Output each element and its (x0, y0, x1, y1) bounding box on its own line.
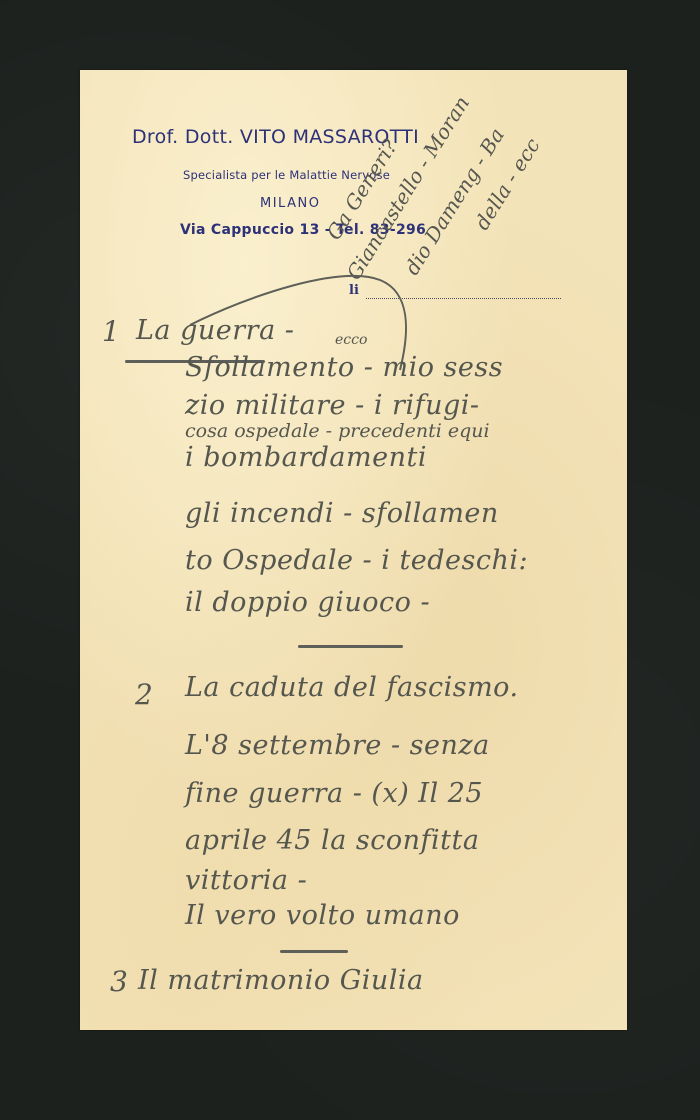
section-number: 2 (135, 678, 153, 711)
section-divider (280, 950, 348, 953)
section-line: zio militare - i rifugi- (185, 390, 480, 421)
pen-loop-stroke (80, 70, 627, 400)
section-line: Il vero volto umano (185, 900, 460, 931)
section-divider (298, 645, 403, 648)
section-line: to Ospedale - i tedeschi: (185, 545, 528, 576)
section-title: Il matrimonio Giulia (138, 965, 424, 996)
section-line: Sfollamento - mio sess (185, 352, 503, 383)
section-line: gli incendi - sfollamen (185, 498, 499, 529)
section-line: L'8 settembre - senza (185, 730, 490, 761)
section-line: aprile 45 la sconfitta (185, 825, 479, 856)
section-title: La caduta del fascismo. (185, 672, 519, 703)
section-line: il doppio giuoco - (185, 587, 430, 618)
interlinear-note: ecco (335, 332, 367, 348)
section-line: fine guerra - (x) Il 25 (185, 778, 483, 809)
section-number: 3 (110, 965, 128, 998)
section-title: La guerra - (136, 315, 294, 346)
section-number: 1 (102, 315, 120, 348)
section-line: vittoria - (185, 865, 307, 896)
interlinear-note: cosa ospedale - precedenti equi (185, 420, 490, 442)
section-line: i bombardamenti (185, 442, 427, 473)
letter-paper: Drof. Dott. VITO MASSAROTTI Specialista … (80, 70, 627, 1030)
